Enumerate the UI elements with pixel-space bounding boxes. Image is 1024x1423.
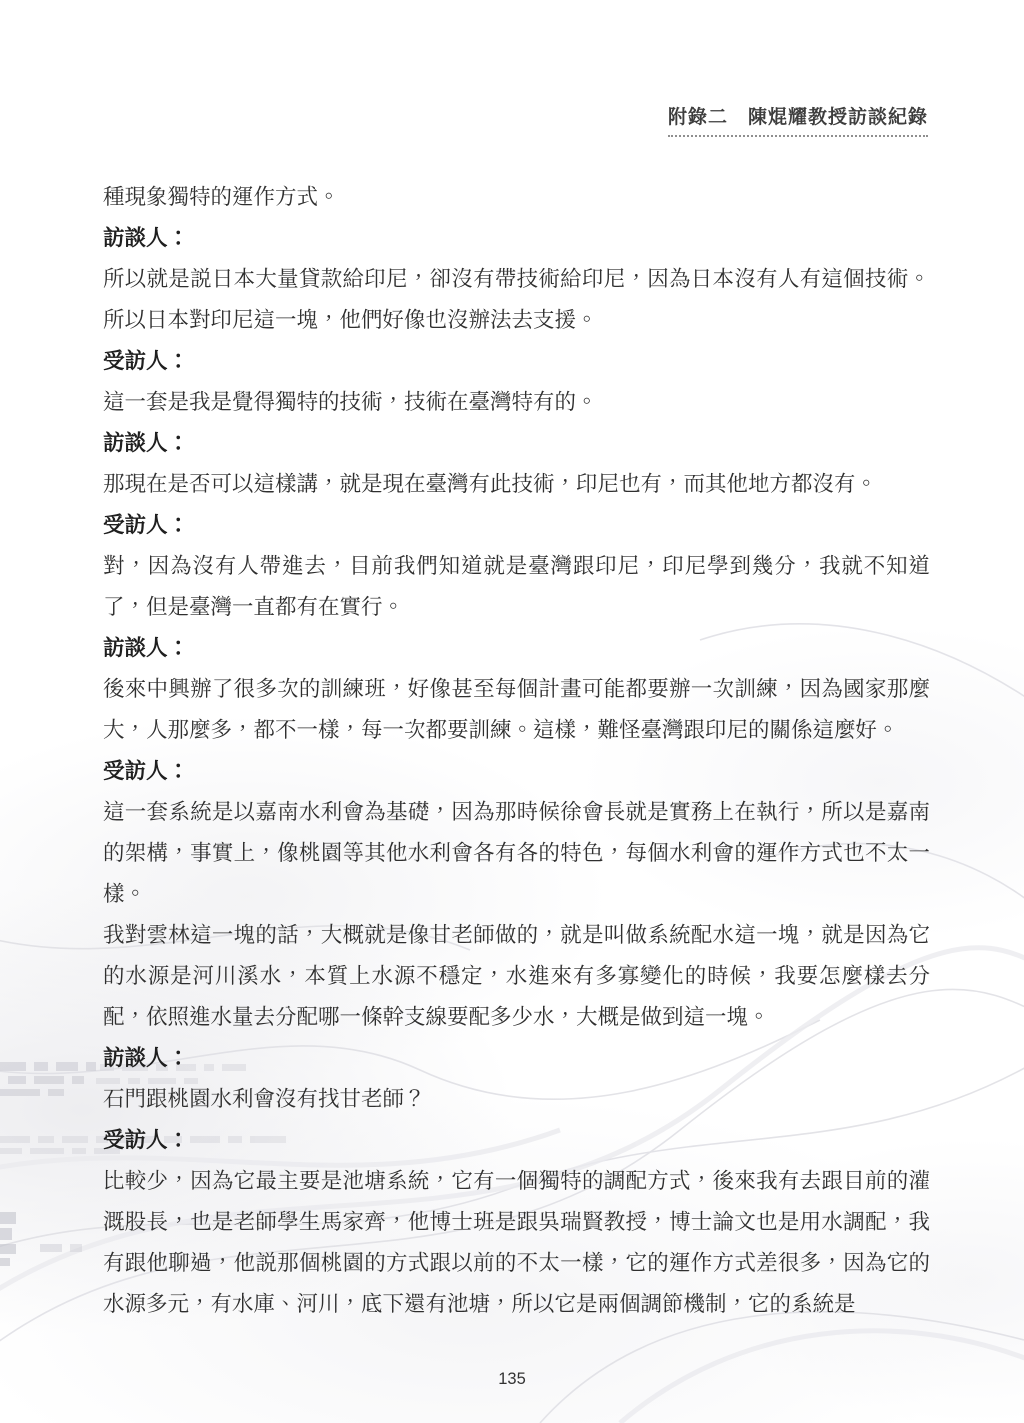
speaker-label: 受訪人： (103, 505, 930, 546)
dialogue-section: 受訪人： 對，因為沒有人帶進去，目前我們知道就是臺灣跟印尼，印尼學到幾分，我就不… (103, 505, 930, 628)
dialogue-paragraph: 後來中興辦了很多次的訓練班，好像甚至每個計畫可能都要辦一次訓練，因為國家那麼大，… (103, 669, 930, 751)
running-header: 附錄二 陳焜耀教授訪談紀錄 (668, 102, 928, 137)
speaker-label: 訪談人： (103, 423, 930, 464)
dialogue-section: 受訪人： 這一套系統是以嘉南水利會為基礎，因為那時候徐會長就是實務上在執行，所以… (103, 751, 930, 1038)
dialogue-paragraph: 所以就是説日本大量貸款給印尼，卻沒有帶技術給印尼，因為日本沒有人有這個技術。所以… (103, 259, 930, 341)
dialogue-paragraph: 比較少，因為它最主要是池塘系統，它有一個獨特的調配方式，後來我有去跟目前的灌溉股… (103, 1161, 930, 1325)
speaker-label: 訪談人： (103, 1038, 930, 1079)
dialogue-paragraph: 我對雲林這一塊的話，大概就是像甘老師做的，就是叫做系統配水這一塊，就是因為它的水… (103, 915, 930, 1038)
dialogue-section: 受訪人： 比較少，因為它最主要是池塘系統，它有一個獨特的調配方式，後來我有去跟目… (103, 1120, 930, 1325)
dialogue-paragraph: 這一套是我是覺得獨特的技術，技術在臺灣特有的。 (103, 382, 930, 423)
speaker-label: 訪談人： (103, 628, 930, 669)
dialogue-section: 訪談人： 那現在是否可以這樣講，就是現在臺灣有此技術，印尼也有，而其他地方都沒有… (103, 423, 930, 505)
speaker-label: 受訪人： (103, 1120, 930, 1161)
intro-continuation-line: 種現象獨特的運作方式。 (103, 177, 930, 218)
dialogue-paragraph: 那現在是否可以這樣講，就是現在臺灣有此技術，印尼也有，而其他地方都沒有。 (103, 464, 930, 505)
dialogue-section: 訪談人： 石門跟桃園水利會沒有找甘老師？ (103, 1038, 930, 1120)
dialogue-paragraph: 對，因為沒有人帶進去，目前我們知道就是臺灣跟印尼，印尼學到幾分，我就不知道了，但… (103, 546, 930, 628)
speaker-label: 受訪人： (103, 751, 930, 792)
page-header-title: 附錄二 陳焜耀教授訪談紀錄 (668, 102, 928, 129)
speaker-label: 訪談人： (103, 218, 930, 259)
dialogue-paragraph: 石門跟桃園水利會沒有找甘老師？ (103, 1079, 930, 1120)
document-page: 附錄二 陳焜耀教授訪談紀錄 種現象獨特的運作方式。 訪談人： 所以就是説日本大量… (0, 0, 1024, 1423)
header-dotted-rule (668, 135, 928, 137)
interview-transcript: 種現象獨特的運作方式。 訪談人： 所以就是説日本大量貸款給印尼，卻沒有帶技術給印… (103, 177, 930, 1325)
dialogue-section: 受訪人： 這一套是我是覺得獨特的技術，技術在臺灣特有的。 (103, 341, 930, 423)
dialogue-section: 訪談人： 所以就是説日本大量貸款給印尼，卻沒有帶技術給印尼，因為日本沒有人有這個… (103, 218, 930, 341)
page-number: 135 (0, 1370, 1024, 1389)
dialogue-section: 訪談人： 後來中興辦了很多次的訓練班，好像甚至每個計畫可能都要辦一次訓練，因為國… (103, 628, 930, 751)
speaker-label: 受訪人： (103, 341, 930, 382)
dialogue-paragraph: 這一套系統是以嘉南水利會為基礎，因為那時候徐會長就是實務上在執行，所以是嘉南的架… (103, 792, 930, 915)
